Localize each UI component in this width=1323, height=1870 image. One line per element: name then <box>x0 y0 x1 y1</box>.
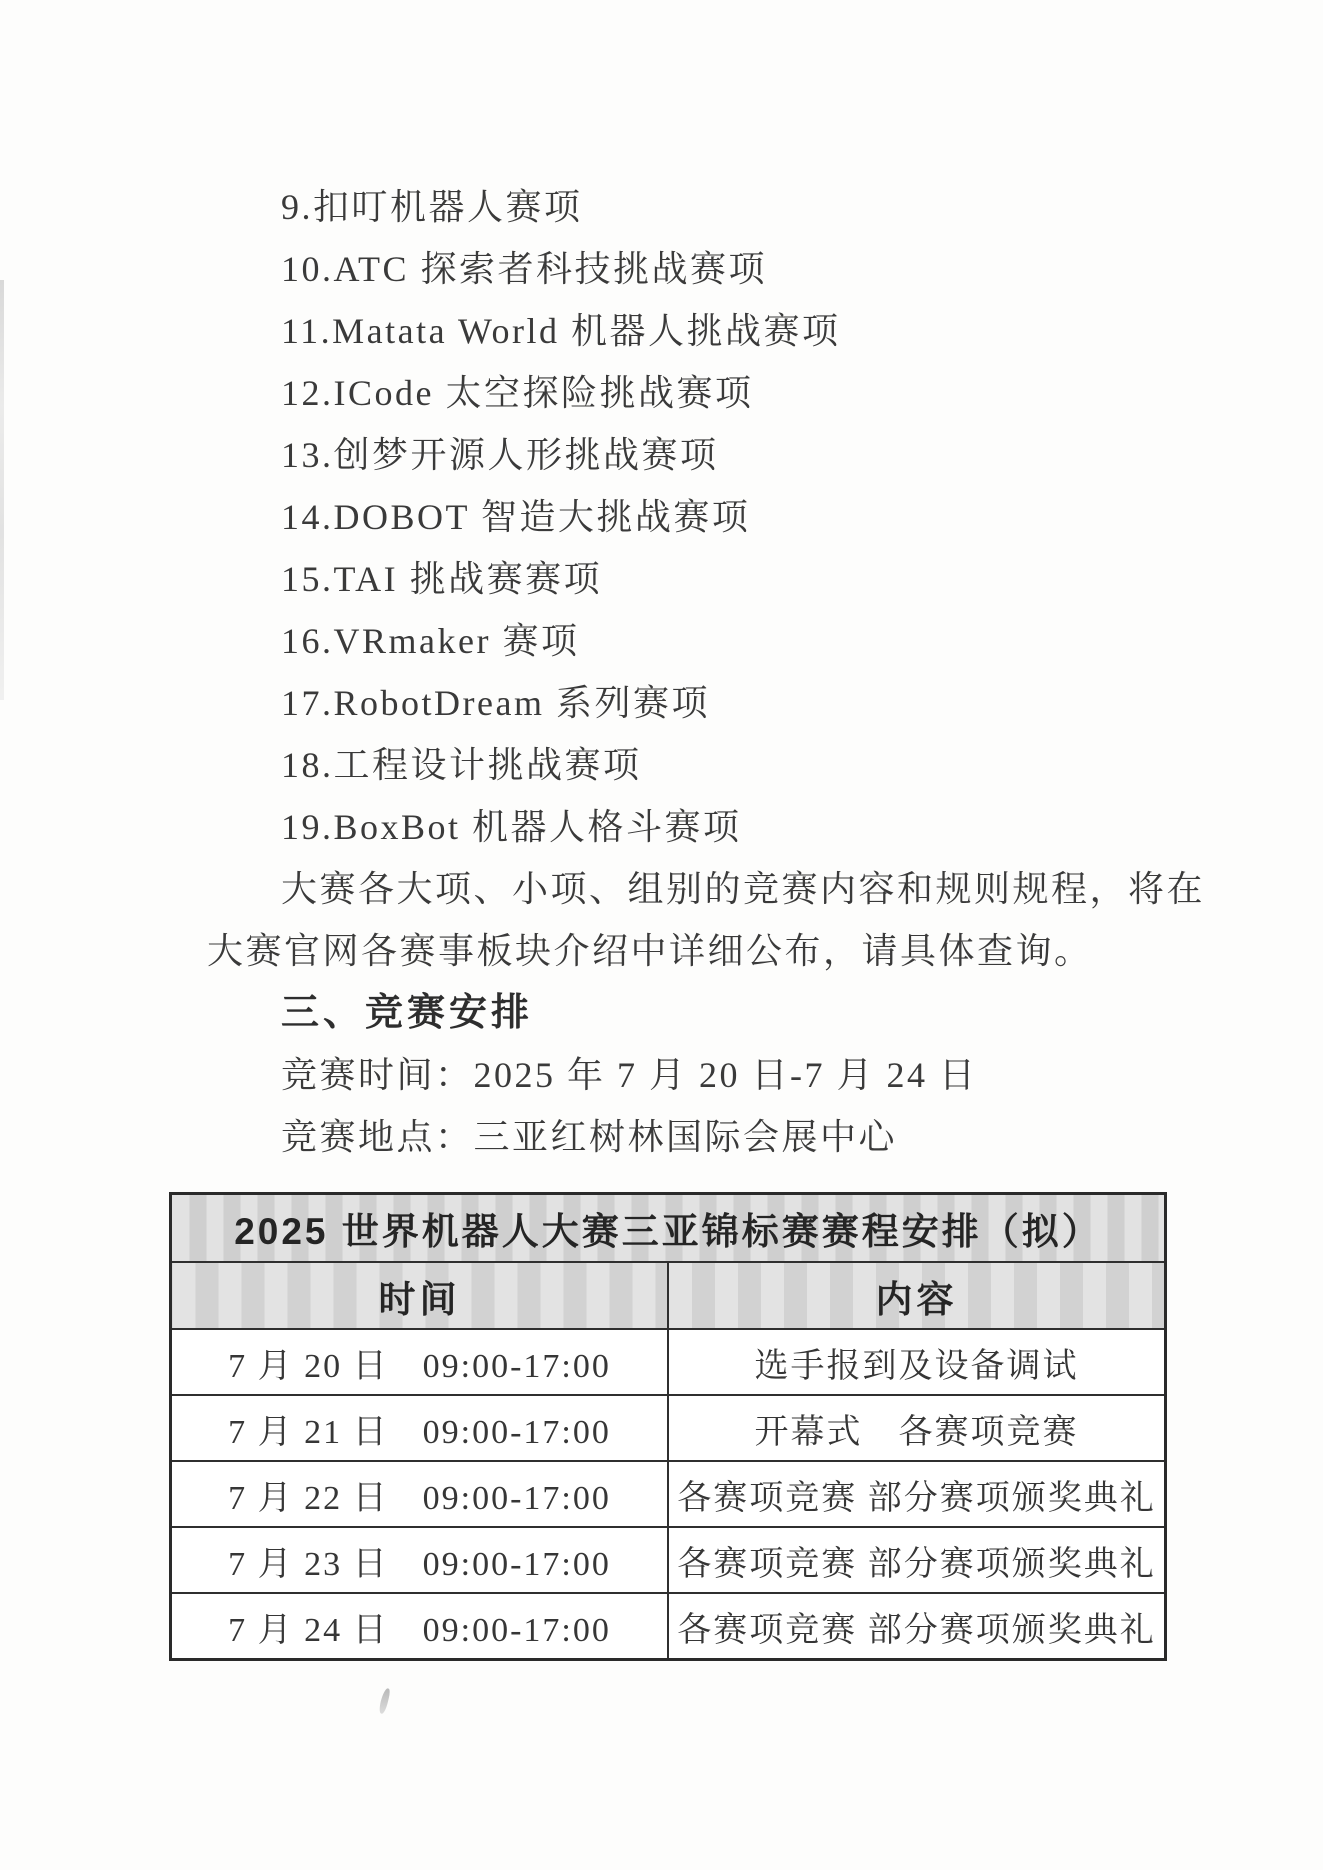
date: 7 月 23 日 <box>228 1546 389 1583</box>
table-row: 7 月 23 日09:00-17:00 各赛项竞赛 部分赛项颁奖典礼 <box>171 1527 1166 1593</box>
time-range: 09:00-17:00 <box>423 1546 611 1583</box>
cell-time: 7 月 21 日09:00-17:00 <box>171 1395 669 1461</box>
table-row: 7 月 21 日09:00-17:00 开幕式 各赛项竞赛 <box>171 1395 1166 1461</box>
cell-time: 7 月 22 日09:00-17:00 <box>171 1461 669 1527</box>
list-item: 18.工程设计挑战赛项 <box>0 734 1323 796</box>
time-range: 09:00-17:00 <box>423 1348 611 1385</box>
table-title: 2025 世界机器人大赛三亚锦标赛赛程安排（拟） <box>171 1194 1166 1263</box>
scan-speck-artifact <box>378 1688 391 1715</box>
cell-content: 各赛项竞赛 部分赛项颁奖典礼 <box>668 1527 1166 1593</box>
table-row: 7 月 20 日09:00-17:00 选手报到及设备调试 <box>171 1329 1166 1395</box>
paragraph-line: 大赛官网各赛事板块介绍中详细公布，请具体查询。 <box>0 920 1323 982</box>
list-item: 14.DOBOT 智造大挑战赛项 <box>0 486 1323 548</box>
list-item: 12.ICode 太空探险挑战赛项 <box>0 362 1323 424</box>
table-row: 7 月 24 日09:00-17:00 各赛项竞赛 部分赛项颁奖典礼 <box>171 1593 1166 1660</box>
column-header-time: 时间 <box>171 1262 669 1329</box>
schedule-table: 2025 世界机器人大赛三亚锦标赛赛程安排（拟） 时间 内容 7 月 20 日0… <box>169 1192 1167 1661</box>
table-title-row: 2025 世界机器人大赛三亚锦标赛赛程安排（拟） <box>171 1194 1166 1263</box>
list-item: 11.Matata World 机器人挑战赛项 <box>0 300 1323 362</box>
cell-time: 7 月 23 日09:00-17:00 <box>171 1527 669 1593</box>
document-body: 9.扣叮机器人赛项 10.ATC 探索者科技挑战赛项 11.Matata Wor… <box>0 176 1323 1168</box>
list-item: 10.ATC 探索者科技挑战赛项 <box>0 238 1323 300</box>
list-item: 15.TAI 挑战赛赛项 <box>0 548 1323 610</box>
time-range: 09:00-17:00 <box>423 1612 611 1649</box>
date: 7 月 24 日 <box>228 1612 389 1649</box>
cell-content: 选手报到及设备调试 <box>668 1329 1166 1395</box>
cell-content: 各赛项竞赛 部分赛项颁奖典礼 <box>668 1461 1166 1527</box>
info-line-location: 竞赛地点：三亚红树林国际会展中心 <box>0 1106 1323 1168</box>
scanned-document-page: 9.扣叮机器人赛项 10.ATC 探索者科技挑战赛项 11.Matata Wor… <box>0 0 1323 1870</box>
table-header-row: 时间 内容 <box>171 1262 1166 1329</box>
column-header-content: 内容 <box>668 1262 1166 1329</box>
list-item: 9.扣叮机器人赛项 <box>0 176 1323 238</box>
cell-time: 7 月 20 日09:00-17:00 <box>171 1329 669 1395</box>
cell-content: 各赛项竞赛 部分赛项颁奖典礼 <box>668 1593 1166 1660</box>
list-item: 13.创梦开源人形挑战赛项 <box>0 424 1323 486</box>
time-range: 09:00-17:00 <box>423 1414 611 1451</box>
list-item: 19.BoxBot 机器人格斗赛项 <box>0 796 1323 858</box>
list-item: 16.VRmaker 赛项 <box>0 610 1323 672</box>
cell-content: 开幕式 各赛项竞赛 <box>668 1395 1166 1461</box>
date: 7 月 20 日 <box>228 1348 389 1385</box>
date: 7 月 22 日 <box>228 1480 389 1517</box>
paragraph-line: 大赛各大项、小项、组别的竞赛内容和规则规程，将在 <box>0 858 1323 920</box>
section-heading: 三、竞赛安排 <box>0 982 1323 1044</box>
list-item: 17.RobotDream 系列赛项 <box>0 672 1323 734</box>
table-row: 7 月 22 日09:00-17:00 各赛项竞赛 部分赛项颁奖典礼 <box>171 1461 1166 1527</box>
date: 7 月 21 日 <box>228 1414 389 1451</box>
cell-time: 7 月 24 日09:00-17:00 <box>171 1593 669 1660</box>
time-range: 09:00-17:00 <box>423 1480 611 1517</box>
info-line-time: 竞赛时间：2025 年 7 月 20 日-7 月 24 日 <box>0 1044 1323 1106</box>
